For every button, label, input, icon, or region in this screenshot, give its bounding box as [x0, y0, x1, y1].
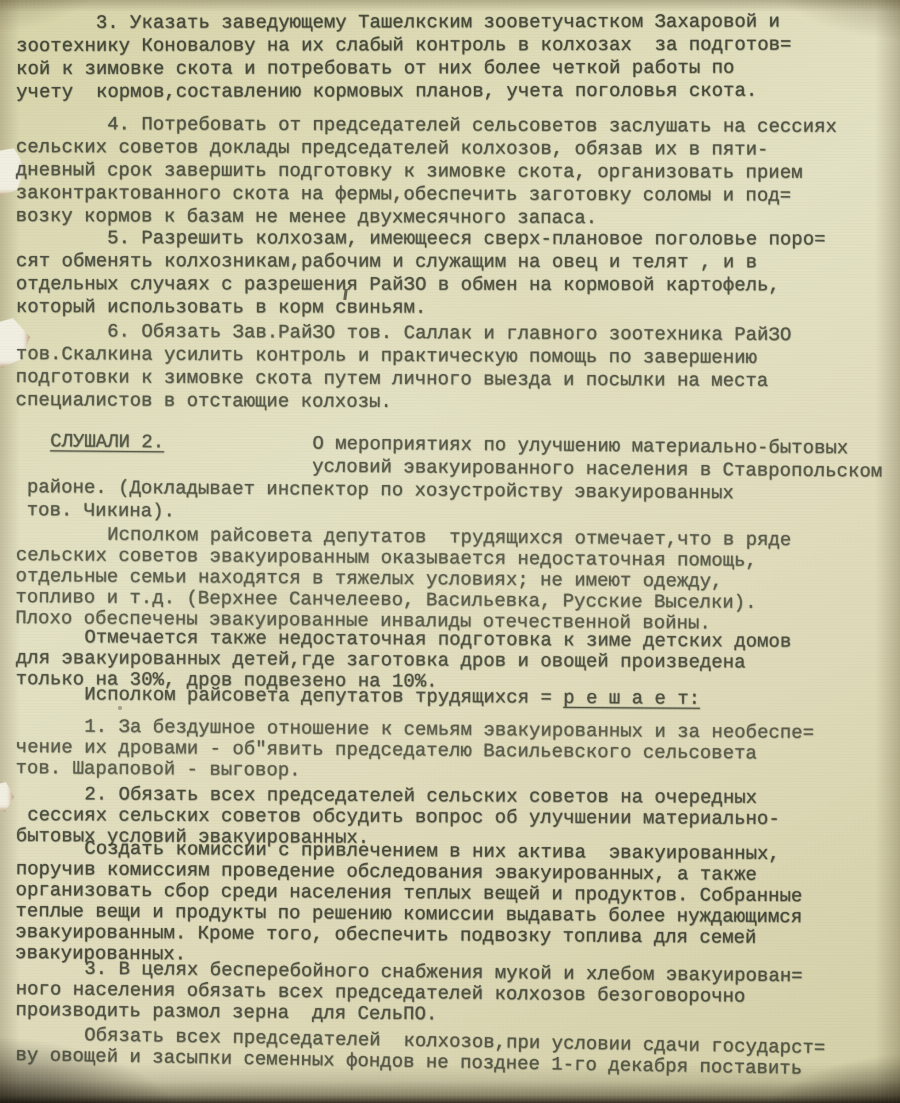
- typed-line: специалистов в отстающие колхозы.: [16, 389, 884, 417]
- underlined-text: СЛУШАЛИ 2.: [50, 430, 164, 453]
- typed-line: зоотехнику Коновалову на их слабый контр…: [16, 33, 884, 58]
- item-6-rayzo-control: 6. Обязать Зав.РайЗО тов. Саллак и главн…: [16, 320, 884, 417]
- slushali-2-heading: СЛУШАЛИ 2. О мероприятиях по улучшению м…: [15, 430, 884, 530]
- typed-line: законтрактованного скота на фермы,обеспе…: [16, 182, 884, 208]
- item-3-zoovet-control: 3. Указать заведующему Ташелкским зоовет…: [16, 10, 884, 104]
- paper-tear: [0, 782, 14, 812]
- decision-commissions: Создать комиссии с привлечением в них ак…: [15, 838, 884, 971]
- decision-1-reprimand: 1. За бездушное отношение к семьям эваку…: [15, 716, 884, 787]
- typed-line: 4. Потребовать от председателей сельсове…: [16, 113, 884, 139]
- typed-text: [16, 430, 50, 452]
- typed-line: сельских советов доклады председателей к…: [16, 136, 884, 162]
- typed-line: дневный срок завершить подготовку к зимо…: [16, 159, 884, 185]
- typed-line: кой к зимовке скота и потребовать от них…: [16, 56, 884, 81]
- decision-vegetables: Обязать всех председателей колхозов,при …: [15, 1024, 884, 1081]
- typed-text: Исполком райсовета депутатов трудящихся …: [16, 683, 563, 709]
- typed-line: учету кормов,составлению кормовых планов…: [16, 79, 884, 104]
- document-page: 3. Указать заведующему Ташелкским зоовет…: [0, 0, 900, 1103]
- preamble-insufficient-help: Исполком райсовета депутатов трудящихся …: [15, 524, 884, 636]
- ink-speck: [118, 706, 122, 710]
- item-5-piglet-exchange: 5. Разрешить колхозам, имеющееся сверх-п…: [16, 227, 884, 321]
- item-4-selsoviet-sessions: 4. Потребовать от председателей сельсове…: [16, 113, 884, 231]
- typed-line: 3. Указать заведующему Ташелкским зоовет…: [16, 10, 884, 35]
- typed-line: 5. Разрешить колхозам, имеющееся сверх-п…: [16, 227, 884, 252]
- typed-line: который использовать в корм свиньям.: [16, 296, 884, 321]
- decision-3-flour: 3. В целях бесперебойного снабжения муко…: [15, 958, 884, 1030]
- typed-line: отдельных случаях с разрешения РайЗО в о…: [16, 273, 884, 298]
- typed-line: сят обменять колхозникам,рабочим и служа…: [16, 250, 884, 275]
- underlined-text: р е ш а е т:: [563, 687, 700, 710]
